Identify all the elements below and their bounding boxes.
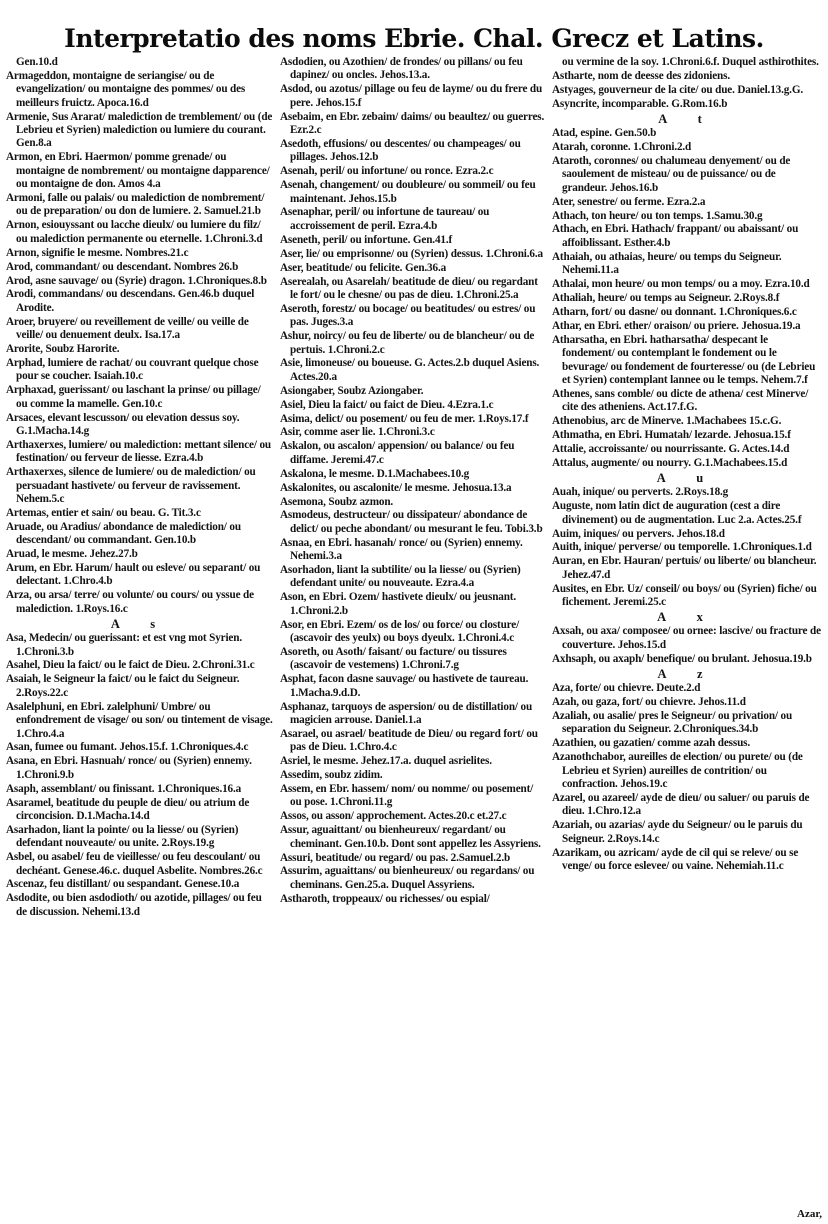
glossary-entry: Astharoth, troppeaux/ ou richesses/ ou e… bbox=[280, 893, 546, 906]
glossary-entry: Atharn, fort/ ou dasne/ ou donnant. 1.Ch… bbox=[552, 306, 822, 319]
column-right: ou vermine de la soy. 1.Chroni.6.f. Duqu… bbox=[552, 56, 822, 874]
catchword: Azar, bbox=[797, 1208, 822, 1220]
glossary-entry: Arnon, signifie le mesme. Nombres.21.c bbox=[6, 247, 274, 260]
glossary-entry: Ascenaz, feu distillant/ ou sespandant. … bbox=[6, 878, 274, 891]
glossary-entry: Asarael, ou asrael/ beatitude de Dieu/ o… bbox=[280, 728, 546, 755]
glossary-entry: Asriel, le mesme. Jehez.17.a. duquel asr… bbox=[280, 755, 546, 768]
glossary-entry: Asenah, changement/ ou doubleure/ ou som… bbox=[280, 179, 546, 206]
glossary-entry: Auguste, nom latin dict de auguration (c… bbox=[552, 500, 822, 527]
glossary-entry: Athaiah, ou athaias, heure/ ou temps du … bbox=[552, 251, 822, 278]
glossary-entry: Asnaa, en Ebri. hasanah/ ronce/ ou (Syri… bbox=[280, 537, 546, 564]
section-heading: A x bbox=[552, 610, 822, 624]
glossary-entry: Asahel, Dieu la faict/ ou le faict de Di… bbox=[6, 659, 274, 672]
glossary-entry: Athenes, sans comble/ ou dicte de athena… bbox=[552, 388, 822, 415]
glossary-entry: Ataroth, coronnes/ ou chalumeau denyemen… bbox=[552, 155, 822, 195]
glossary-entry: Arod, commandant/ ou descendant. Nombres… bbox=[6, 261, 274, 274]
glossary-entry: Assem, en Ebr. hassem/ nom/ ou nomme/ ou… bbox=[280, 783, 546, 810]
glossary-entry: Armon, en Ebri. Haermon/ pomme grenade/ … bbox=[6, 151, 274, 191]
glossary-entry: Askalonites, ou ascalonite/ le mesme. Je… bbox=[280, 482, 546, 495]
glossary-entry: Athenobius, arc de Minerve. 1.Machabees … bbox=[552, 415, 822, 428]
glossary-entry: Asenah, peril/ ou infortune/ ou ronce. E… bbox=[280, 165, 546, 178]
glossary-entry: Armenie, Sus Ararat/ malediction de trem… bbox=[6, 111, 274, 151]
glossary-entry: Arthaxerxes, silence de lumiere/ ou de m… bbox=[6, 466, 274, 506]
section-heading: A z bbox=[552, 667, 822, 681]
glossary-entry: Asie, limoneuse/ ou boueuse. G. Actes.2.… bbox=[280, 357, 546, 384]
glossary-entry: Azanothchabor, aureilles de election/ ou… bbox=[552, 751, 822, 791]
glossary-entry: Arum, en Ebr. Harum/ hault ou esleve/ ou… bbox=[6, 562, 274, 589]
glossary-entry: Arod, asne sauvage/ ou (Syrie) dragon. 1… bbox=[6, 275, 274, 288]
glossary-entry: Asan, fumee ou fumant. Jehos.15.f. 1.Chr… bbox=[6, 741, 274, 754]
glossary-entry: Arthaxerxes, lumiere/ ou malediction: me… bbox=[6, 439, 274, 466]
glossary-entry: Auim, iniques/ ou pervers. Jehos.18.d bbox=[552, 528, 822, 541]
glossary-entry: Asphat, facon dasne sauvage/ ou hastivet… bbox=[280, 673, 546, 700]
glossary-entry: Athmatha, en Ebri. Humatah/ lezarde. Jeh… bbox=[552, 429, 822, 442]
glossary-entry: Assuri, beatitude/ ou regard/ ou pas. 2.… bbox=[280, 852, 546, 865]
glossary-entry: Arorite, Soubz Harorite. bbox=[6, 343, 274, 356]
glossary-entry: Armoni, falle ou palais/ ou malediction … bbox=[6, 192, 274, 219]
glossary-entry: Asedoth, effusions/ ou descentes/ ou cha… bbox=[280, 138, 546, 165]
glossary-entry: Assurim, aguaittans/ ou bienheureux/ ou … bbox=[280, 865, 546, 892]
glossary-entry: Asir, comme aser lie. 1.Chroni.3.c bbox=[280, 426, 546, 439]
glossary-entry: Astharte, nom de deesse des zidoniens. bbox=[552, 70, 822, 83]
glossary-entry: Arphaxad, guerissant/ ou laschant la pri… bbox=[6, 384, 274, 411]
glossary-entry: Assur, aguaittant/ ou bienheureux/ regar… bbox=[280, 824, 546, 851]
glossary-entry: Astyages, gouverneur de la cite/ ou due.… bbox=[552, 84, 822, 97]
glossary-entry: Asiongaber, Soubz Aziongaber. bbox=[280, 385, 546, 398]
glossary-entry: Arza, ou arsa/ terre/ ou volunte/ ou cou… bbox=[6, 589, 274, 616]
glossary-entry: Asaph, assemblant/ ou finissant. 1.Chron… bbox=[6, 783, 274, 796]
glossary-entry: Asebaim, en Ebr. zebaim/ daims/ ou beaul… bbox=[280, 111, 546, 138]
glossary-entry: Askalon, ou ascalon/ appension/ ou balan… bbox=[280, 440, 546, 467]
glossary-entry: Asalelphuni, en Ebri. zalelphuni/ Umbre/… bbox=[6, 701, 274, 741]
glossary-entry: Asdodite, ou bien asdodioth/ ou azotide,… bbox=[6, 892, 274, 919]
glossary-entry: Aserealah, ou Asarelah/ beatitude de die… bbox=[280, 276, 546, 303]
glossary-entry: Asdod, ou azotus/ pillage ou feu de laym… bbox=[280, 83, 546, 110]
glossary-entry: Arsaces, elevant lescusson/ ou elevation… bbox=[6, 412, 274, 439]
glossary-entry: Atarah, coronne. 1.Chroni.2.d bbox=[552, 141, 822, 154]
glossary-entry: Aseroth, forestz/ ou bocage/ ou beatitud… bbox=[280, 303, 546, 330]
glossary-entry: Aroer, bruyere/ ou reveillement de veill… bbox=[6, 316, 274, 343]
glossary-entry: Artemas, entier et sain/ ou beau. G. Tit… bbox=[6, 507, 274, 520]
glossary-entry: Athaliah, heure/ ou temps au Seigneur. 2… bbox=[552, 292, 822, 305]
glossary-entry: Azariah, ou azarias/ ayde du Seigneur/ o… bbox=[552, 819, 822, 846]
glossary-entry: Aruade, ou Aradius/ abondance de maledic… bbox=[6, 521, 274, 548]
glossary-entry: Aruad, le mesme. Jehez.27.b bbox=[6, 548, 274, 561]
glossary-entry: Auran, en Ebr. Hauran/ pertuis/ ou liber… bbox=[552, 555, 822, 582]
glossary-entry: Askalona, le mesme. D.1.Machabees.10.g bbox=[280, 468, 546, 481]
glossary-entry: Attalus, augmente/ ou nourry. G.1.Machab… bbox=[552, 457, 822, 470]
glossary-entry: Armageddon, montaigne de seriangise/ ou … bbox=[6, 70, 274, 110]
glossary-entry: Ater, senestre/ ou ferme. Ezra.2.a bbox=[552, 196, 822, 209]
glossary-entry: Arnon, esiouyssant ou lacche dieulx/ ou … bbox=[6, 219, 274, 246]
glossary-entry: Aseneth, peril/ ou infortune. Gen.41.f bbox=[280, 234, 546, 247]
glossary-entry: Azarikam, ou azricam/ ayde de cil qui se… bbox=[552, 847, 822, 874]
glossary-entry: Asdodien, ou Azothien/ de frondes/ ou pi… bbox=[280, 56, 546, 83]
glossary-entry: Aza, forte/ ou chievre. Deute.2.d bbox=[552, 682, 822, 695]
glossary-entry: Athach, ton heure/ ou ton temps. 1.Samu.… bbox=[552, 210, 822, 223]
glossary-entry: Asa, Medecin/ ou guerissant: et est vng … bbox=[6, 632, 274, 659]
glossary-entry: Aser, lie/ ou emprisonne/ ou (Syrien) de… bbox=[280, 248, 546, 261]
entry-continuation: Gen.10.d bbox=[6, 56, 274, 69]
glossary-entry: Azathien, ou gazatien/ comme azah dessus… bbox=[552, 737, 822, 750]
glossary-entry: Asbel, ou asabel/ feu de vieillesse/ ou … bbox=[6, 851, 274, 878]
glossary-entry: Atad, espine. Gen.50.b bbox=[552, 127, 822, 140]
glossary-entry: Arodi, commandans/ ou descendans. Gen.46… bbox=[6, 288, 274, 315]
glossary-entry: Asemona, Soubz azmon. bbox=[280, 496, 546, 509]
glossary-entry: Asarhadon, liant la pointe/ ou la liesse… bbox=[6, 824, 274, 851]
page-title: Interpretatio des noms Ebrie. Chal. Grec… bbox=[0, 24, 828, 53]
glossary-entry: Ashur, noircy/ ou feu de liberte/ ou de … bbox=[280, 330, 546, 357]
glossary-entry: Ausites, en Ebr. Uz/ conseil/ ou boys/ o… bbox=[552, 583, 822, 610]
glossary-entry: Assos, ou asson/ approchement. Actes.20.… bbox=[280, 810, 546, 823]
glossary-entry: Asoreth, ou Asoth/ faisant/ ou facture/ … bbox=[280, 646, 546, 673]
glossary-entry: Asyncrite, incomparable. G.Rom.16.b bbox=[552, 98, 822, 111]
glossary-entry: Asaiah, le Seigneur la faict/ ou le faic… bbox=[6, 673, 274, 700]
glossary-entry: Axhsaph, ou axaph/ benefique/ ou brulant… bbox=[552, 653, 822, 666]
glossary-entry: Auith, inique/ perverse/ ou temporelle. … bbox=[552, 541, 822, 554]
section-heading: A t bbox=[552, 112, 822, 126]
glossary-entry: Asorhadon, liant la subtilite/ ou la lie… bbox=[280, 564, 546, 591]
glossary-entry: Ason, en Ebri. Ozem/ hastivete dieulx/ o… bbox=[280, 591, 546, 618]
section-heading: A u bbox=[552, 471, 822, 485]
glossary-entry: Athar, en Ebri. ether/ oraison/ ou prier… bbox=[552, 320, 822, 333]
glossary-entry: Axsah, ou axa/ composee/ ou ornee: lasci… bbox=[552, 625, 822, 652]
glossary-entry: Atharsatha, en Ebri. hatharsatha/ despec… bbox=[552, 334, 822, 388]
glossary-entry: Asiel, Dieu la faict/ ou faict de Dieu. … bbox=[280, 399, 546, 412]
column-left: Gen.10.dArmageddon, montaigne de seriang… bbox=[6, 56, 274, 920]
glossary-entry: Athach, en Ebri. Hathach/ frappant/ ou a… bbox=[552, 223, 822, 250]
glossary-entry: Azah, ou gaza, fort/ ou chievre. Jehos.1… bbox=[552, 696, 822, 709]
glossary-entry: Asima, delict/ ou posement/ ou feu de me… bbox=[280, 413, 546, 426]
glossary-entry: Attalie, accroissante/ ou nourrissante. … bbox=[552, 443, 822, 456]
glossary-entry: Aser, beatitude/ ou felicite. Gen.36.a bbox=[280, 262, 546, 275]
glossary-entry: Arphad, lumiere de rachat/ ou couvrant q… bbox=[6, 357, 274, 384]
glossary-entry: Asenaphar, peril/ ou infortune de taurea… bbox=[280, 206, 546, 233]
text-columns: Gen.10.dArmageddon, montaigne de seriang… bbox=[0, 56, 828, 1224]
glossary-entry: Asphanaz, tarquoys de aspersion/ ou de d… bbox=[280, 701, 546, 728]
glossary-entry: Asaramel, beatitude du peuple de dieu/ o… bbox=[6, 797, 274, 824]
entry-continuation: ou vermine de la soy. 1.Chroni.6.f. Duqu… bbox=[552, 56, 822, 69]
glossary-entry: Asana, en Ebri. Hasnuah/ ronce/ ou (Syri… bbox=[6, 755, 274, 782]
glossary-entry: Asor, en Ebri. Ezem/ os de los/ ou force… bbox=[280, 619, 546, 646]
section-heading: A s bbox=[6, 617, 274, 631]
glossary-entry: Azarel, ou azareel/ ayde de dieu/ ou sal… bbox=[552, 792, 822, 819]
glossary-entry: Athalai, mon heure/ ou mon temps/ ou a m… bbox=[552, 278, 822, 291]
glossary-entry: Assedim, soubz zidim. bbox=[280, 769, 546, 782]
column-middle: Asdodien, ou Azothien/ de frondes/ ou pi… bbox=[280, 56, 546, 907]
glossary-entry: Azaliah, ou asalie/ pres le Seigneur/ ou… bbox=[552, 710, 822, 737]
glossary-entry: Auah, inique/ ou perverts. 2.Roys.18.g bbox=[552, 486, 822, 499]
glossary-entry: Asmodeus, destructeur/ ou dissipateur/ a… bbox=[280, 509, 546, 536]
